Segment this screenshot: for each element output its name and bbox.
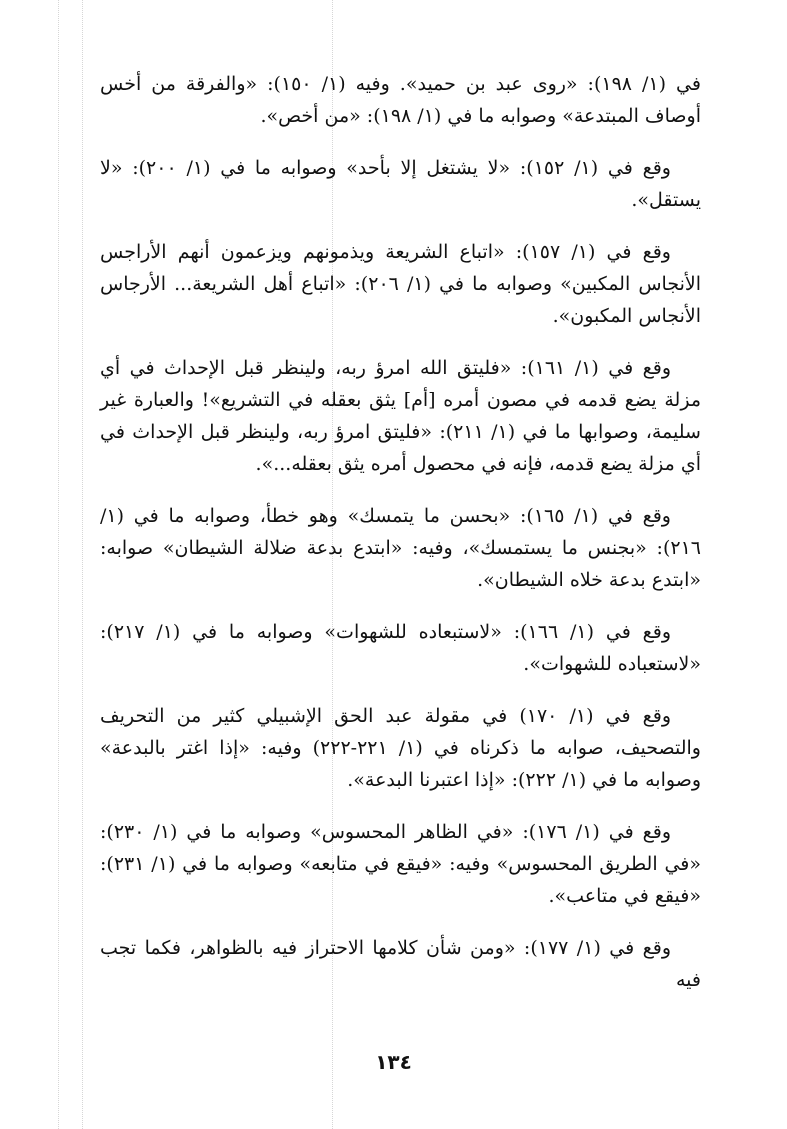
document-page: في (١/ ١٩٨): «روى عبد بن حميد». وفيه (١/…	[0, 0, 787, 1129]
paragraph-7: وقع في (١/ ١٧٠) في مقولة عبد الحق الإشبي…	[100, 700, 701, 796]
paragraph-2: وقع في (١/ ١٥٢): «لا يشتغل إلا بأحد» وصو…	[100, 152, 701, 216]
paragraph-4: وقع في (١/ ١٦١): «فليتق الله امرؤ ربه، و…	[100, 352, 701, 480]
paragraph-9: وقع في (١/ ١٧٧): «ومن شأن كلامها الاحترا…	[100, 932, 701, 996]
scan-artifact-line	[82, 0, 84, 1129]
paragraph-5: وقع في (١/ ١٦٥): «بحسن ما يتمسك» وهو خطأ…	[100, 500, 701, 596]
scan-artifact-line	[58, 0, 60, 1129]
body-text: في (١/ ١٩٨): «روى عبد بن حميد». وفيه (١/…	[100, 68, 701, 1016]
paragraph-1: في (١/ ١٩٨): «روى عبد بن حميد». وفيه (١/…	[100, 68, 701, 132]
page-number: ١٣٤	[0, 1050, 787, 1074]
paragraph-6: وقع في (١/ ١٦٦): «لاستبعاده للشهوات» وصو…	[100, 616, 701, 680]
paragraph-8: وقع في (١/ ١٧٦): «في الظاهر المحسوس» وصو…	[100, 816, 701, 912]
paragraph-3: وقع في (١/ ١٥٧): «اتباع الشريعة ويذمونهم…	[100, 236, 701, 332]
